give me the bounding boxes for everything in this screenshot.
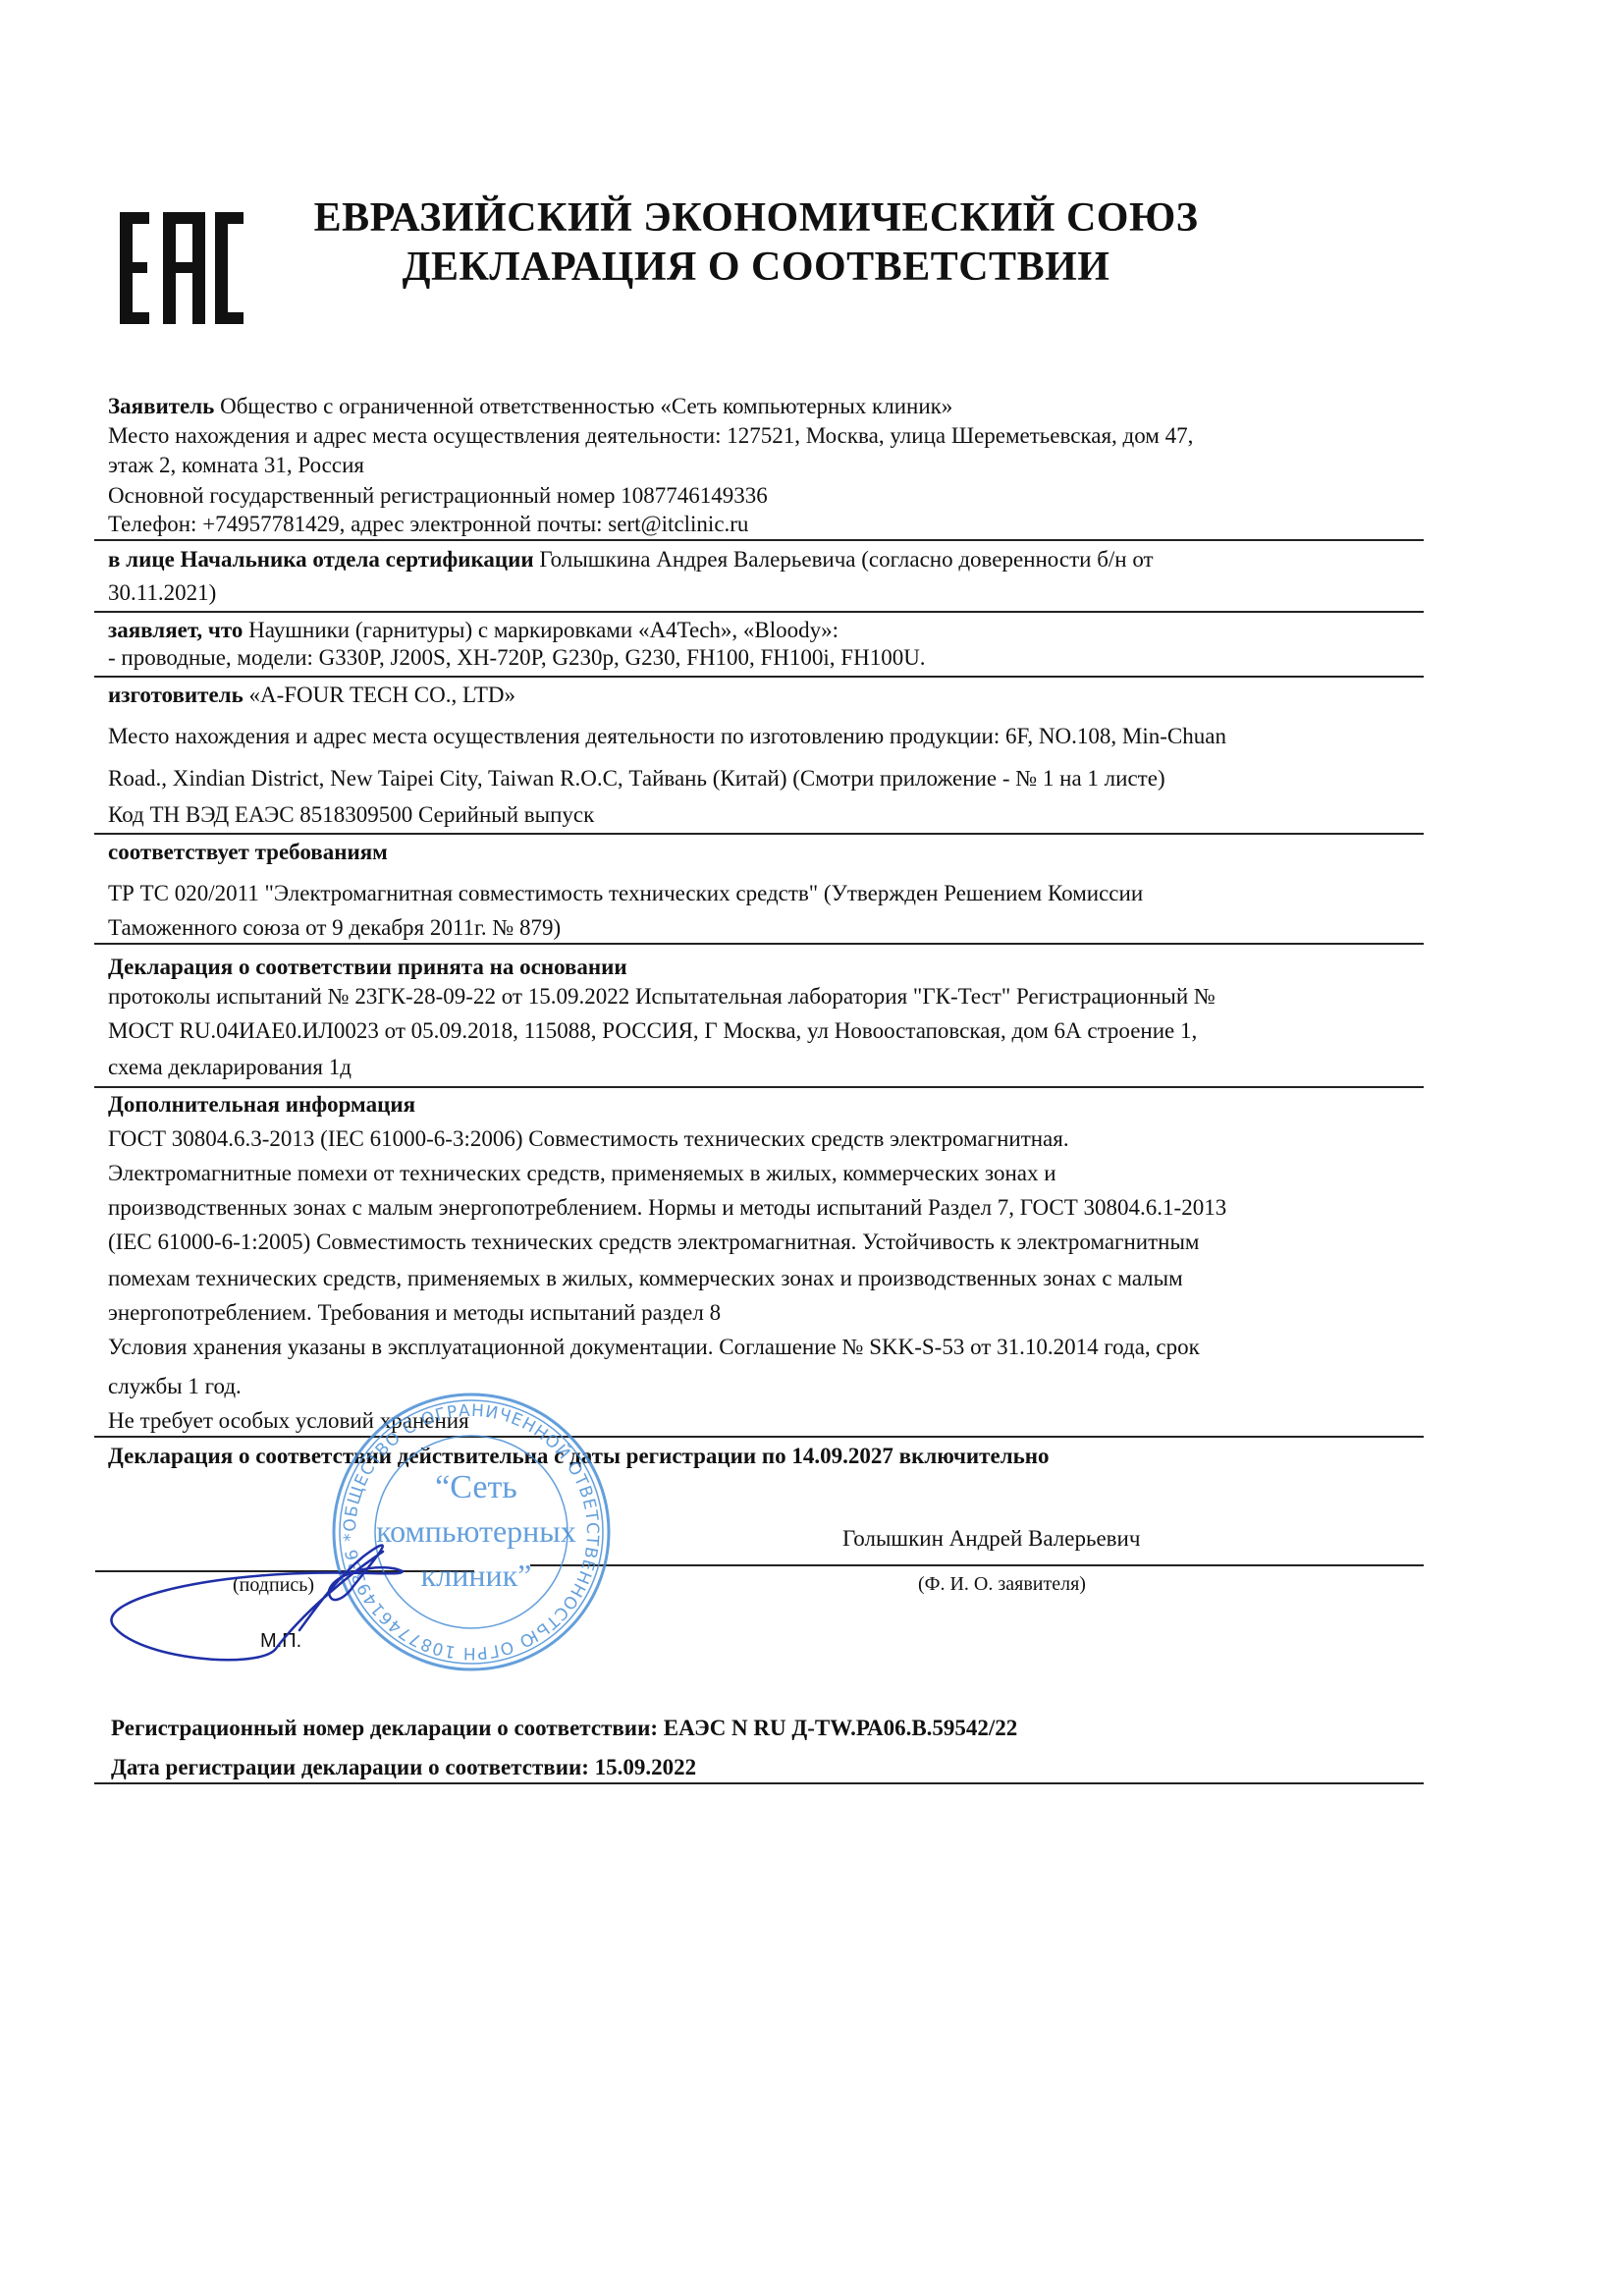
applicant-contacts: Телефон: +74957781429, адрес электронной… — [108, 511, 748, 538]
divider — [94, 1436, 1424, 1438]
additional-line: службы 1 год. — [108, 1373, 242, 1400]
additional-line: энергопотреблением. Требования и методы … — [108, 1299, 721, 1327]
divider — [94, 1086, 1424, 1088]
additional-line: (IEC 61000-6-1:2005) Совместимость техни… — [108, 1229, 1199, 1256]
basis-label: Декларация о соответствии принята на осн… — [108, 954, 627, 981]
registration-number: Регистрационный номер декларации о соотв… — [111, 1715, 1017, 1742]
manufacturer-name: «A-FOUR TECH CO., LTD» — [243, 683, 515, 707]
signer-name: Голышкин Андрей Валерьевич — [842, 1525, 1140, 1553]
applicant-address-1: Место нахождения и адрес места осуществл… — [108, 422, 1193, 450]
page-title-declaration: ДЕКЛАРАЦИЯ О СООТВЕТСТВИИ — [216, 244, 1296, 291]
representative-text: Голышкина Андрея Валерьевича (согласно д… — [534, 547, 1154, 572]
additional-line: помехам технических средств, применяемых… — [108, 1265, 1183, 1292]
requirements-line-1: ТР ТС 020/2011 "Электромагнитная совмест… — [108, 880, 1143, 907]
representative-date: 30.11.2021) — [108, 579, 216, 607]
basis-line-3: схема декларирования 1д — [108, 1054, 352, 1081]
divider — [94, 676, 1424, 678]
applicant-address-2: этаж 2, комната 31, Россия — [108, 452, 364, 479]
registration-date: Дата регистрации декларации о соответств… — [111, 1754, 696, 1781]
applicant-label: Заявитель — [108, 394, 214, 418]
divider — [94, 1782, 1424, 1784]
applicant-name: Общество с ограниченной ответственностью… — [214, 394, 952, 418]
declares-product: Наушники (гарнитуры) с маркировками «A4T… — [243, 618, 839, 642]
additional-line: Электромагнитные помехи от технических с… — [108, 1160, 1056, 1187]
requirements-label: соответствует требованиям — [108, 839, 388, 866]
basis-line-2: МОСТ RU.04ИАЕ0.ИЛ0023 от 05.09.2018, 115… — [108, 1017, 1197, 1045]
declares-row: заявляет, что Наушники (гарнитуры) с мар… — [108, 617, 839, 644]
representative-label: в лице Начальника отдела сертификации — [108, 547, 534, 572]
stamp-center-1: “Сеть — [435, 1469, 517, 1505]
declares-label: заявляет, что — [108, 618, 243, 642]
additional-line: производственных зонах с малым энергопот… — [108, 1194, 1226, 1222]
page-title-union: ЕВРАЗИЙСКИЙ ЭКОНОМИЧЕСКИЙ СОЮЗ — [216, 194, 1296, 242]
representative-row: в лице Начальника отдела сертификации Го… — [108, 546, 1154, 574]
additional-line: Условия хранения указаны в эксплуатацион… — [108, 1334, 1200, 1361]
manufacturer-row: изготовитель «A-FOUR TECH CO., LTD» — [108, 682, 515, 709]
manufacturer-tn-ved: Код ТН ВЭД ЕАЭС 8518309500 Серийный выпу… — [108, 801, 594, 829]
name-caption: (Ф. И. О. заявителя) — [918, 1573, 1086, 1596]
divider — [94, 833, 1424, 835]
declares-models: - проводные, модели: G330P, J200S, XH-72… — [108, 644, 926, 672]
divider — [94, 611, 1424, 613]
applicant-ogrn: Основной государственный регистрационный… — [108, 482, 768, 510]
basis-line-1: протоколы испытаний № 23ГК-28-09-22 от 1… — [108, 983, 1216, 1011]
name-line — [530, 1564, 1424, 1566]
divider — [94, 539, 1424, 541]
manufacturer-address-2: Road., Xindian District, New Taipei City… — [108, 765, 1165, 793]
manufacturer-address-1: Место нахождения и адрес места осуществл… — [108, 723, 1226, 750]
applicant-row: Заявитель Общество с ограниченной ответс… — [108, 393, 952, 420]
requirements-line-2: Таможенного союза от 9 декабря 2011г. № … — [108, 914, 561, 942]
additional-line: ГОСТ 30804.6.3-2013 (IEC 61000-6-3:2006)… — [108, 1125, 1069, 1153]
manufacturer-label: изготовитель — [108, 683, 243, 707]
handwritten-signature-icon — [108, 1532, 520, 1669]
additional-label: Дополнительная информация — [108, 1091, 415, 1119]
divider — [94, 943, 1424, 945]
